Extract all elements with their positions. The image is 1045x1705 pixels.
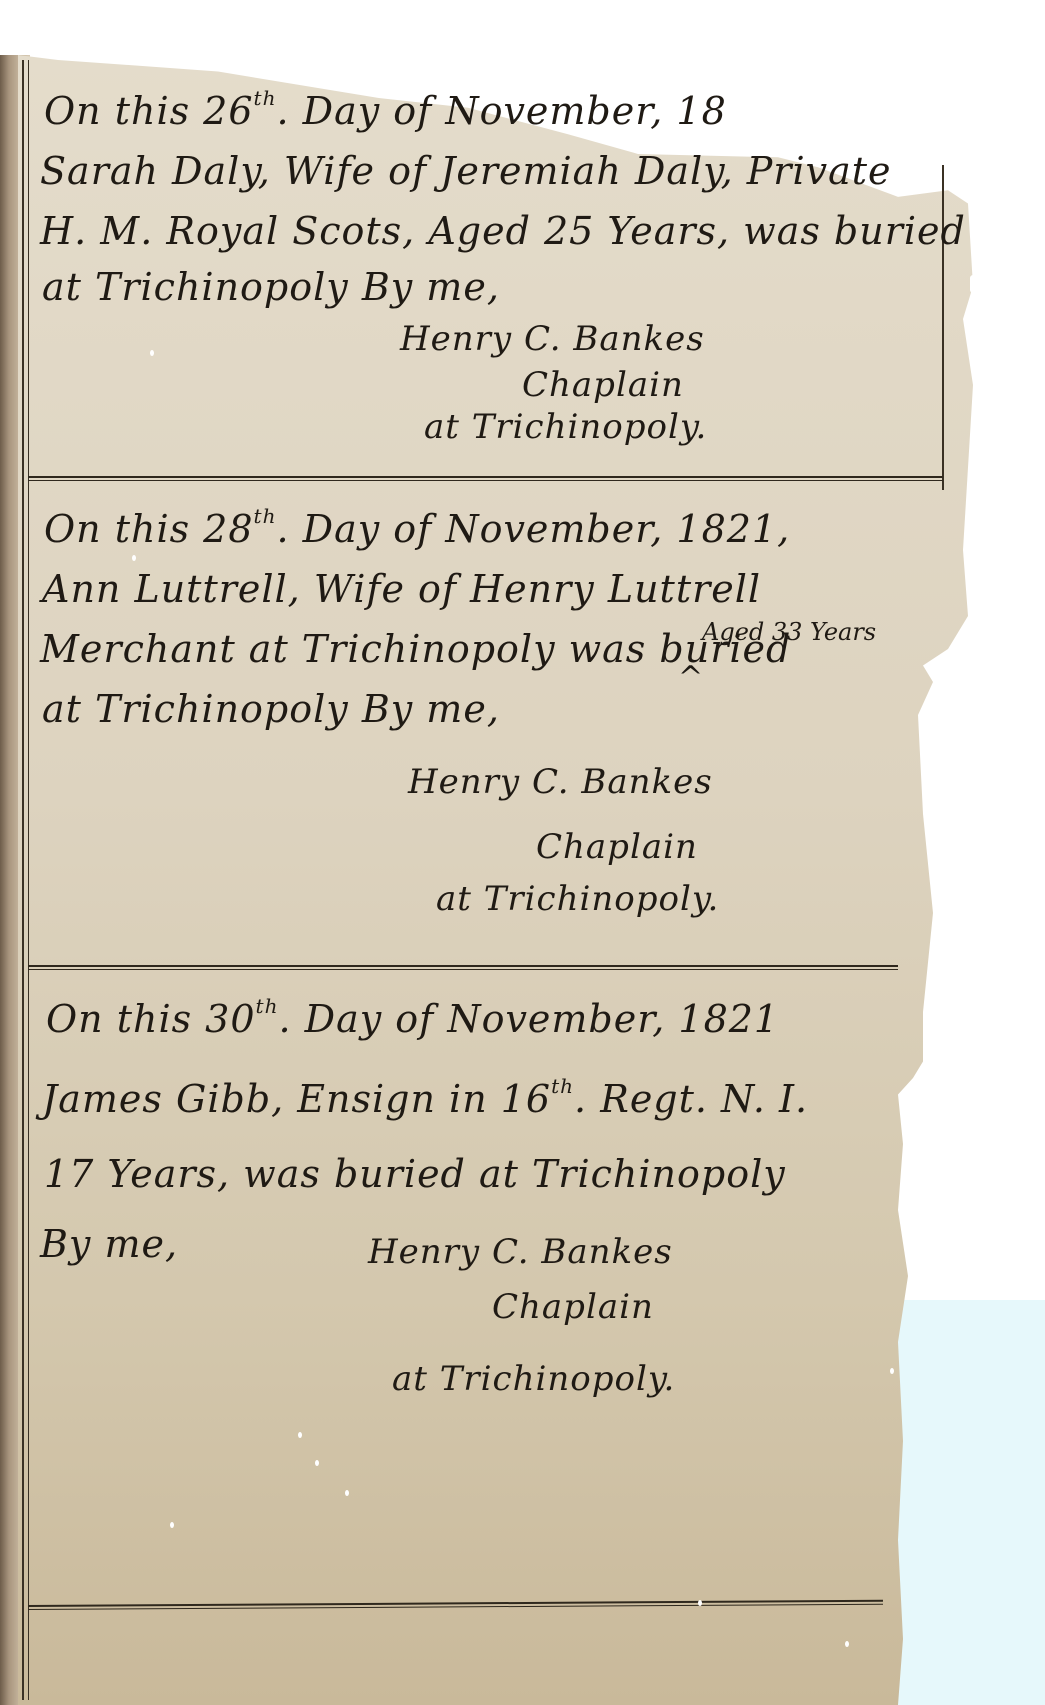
entry-1-line-2: Sarah Daly, Wife of Jeremiah Daly, Priva…	[40, 152, 892, 190]
entry-3-place: at Trichinopoly.	[392, 1362, 675, 1396]
background-right	[895, 1300, 1045, 1705]
entry-2-line-2: Ann Luttrell, Wife of Henry Luttrell	[42, 570, 761, 608]
entry-3-title: Chaplain	[492, 1290, 654, 1324]
entry-3-line-1: On this 30th. Day of November, 1821	[46, 1000, 779, 1038]
entry-2-signature: Henry C. Bankes	[408, 765, 713, 799]
entry-1-place: at Trichinopoly.	[424, 410, 707, 444]
paper-speck	[150, 350, 154, 356]
paper-speck	[845, 1641, 849, 1647]
paper-speck	[298, 1432, 302, 1438]
entry-1-line-3: H. M. Royal Scots, Aged 25 Years, was bu…	[40, 212, 966, 250]
entry-3-line-3: 17 Years, was buried at Trichinopoly	[44, 1155, 786, 1193]
entry-divider-1	[28, 476, 943, 481]
left-margin-double-rule	[22, 60, 29, 1700]
entry-1-title: Chaplain	[522, 368, 684, 402]
entry-1-line-4: at Trichinopoly By me,	[42, 268, 500, 306]
paper-speck	[170, 1522, 174, 1528]
paper-speck	[698, 1600, 702, 1606]
paper-speck	[132, 555, 136, 561]
paper-speck	[345, 1490, 349, 1496]
entry-3-signature: Henry C. Bankes	[368, 1235, 673, 1269]
entry-1-signature: Henry C. Bankes	[400, 322, 705, 356]
entry-1-line-1: On this 26th. Day of November, 18	[44, 92, 727, 130]
entry-3-line-2: James Gibb, Ensign in 16th. Regt. N. I.	[42, 1080, 808, 1118]
paper-hole	[968, 310, 990, 324]
entry-3-line-4: By me,	[40, 1225, 178, 1263]
entry-2-line-1: On this 28th. Day of November, 1821,	[44, 510, 790, 548]
paper-speck	[315, 1460, 319, 1466]
entry-2-place: at Trichinopoly.	[436, 882, 719, 916]
entry-divider-2	[28, 965, 898, 970]
entry-2-line-4: at Trichinopoly By me,	[42, 690, 500, 728]
entry-2-title: Chaplain	[536, 830, 698, 864]
entry-2-insertion-caret: ^	[678, 660, 703, 695]
paper-speck	[890, 1368, 894, 1374]
paper-hole	[970, 275, 976, 293]
